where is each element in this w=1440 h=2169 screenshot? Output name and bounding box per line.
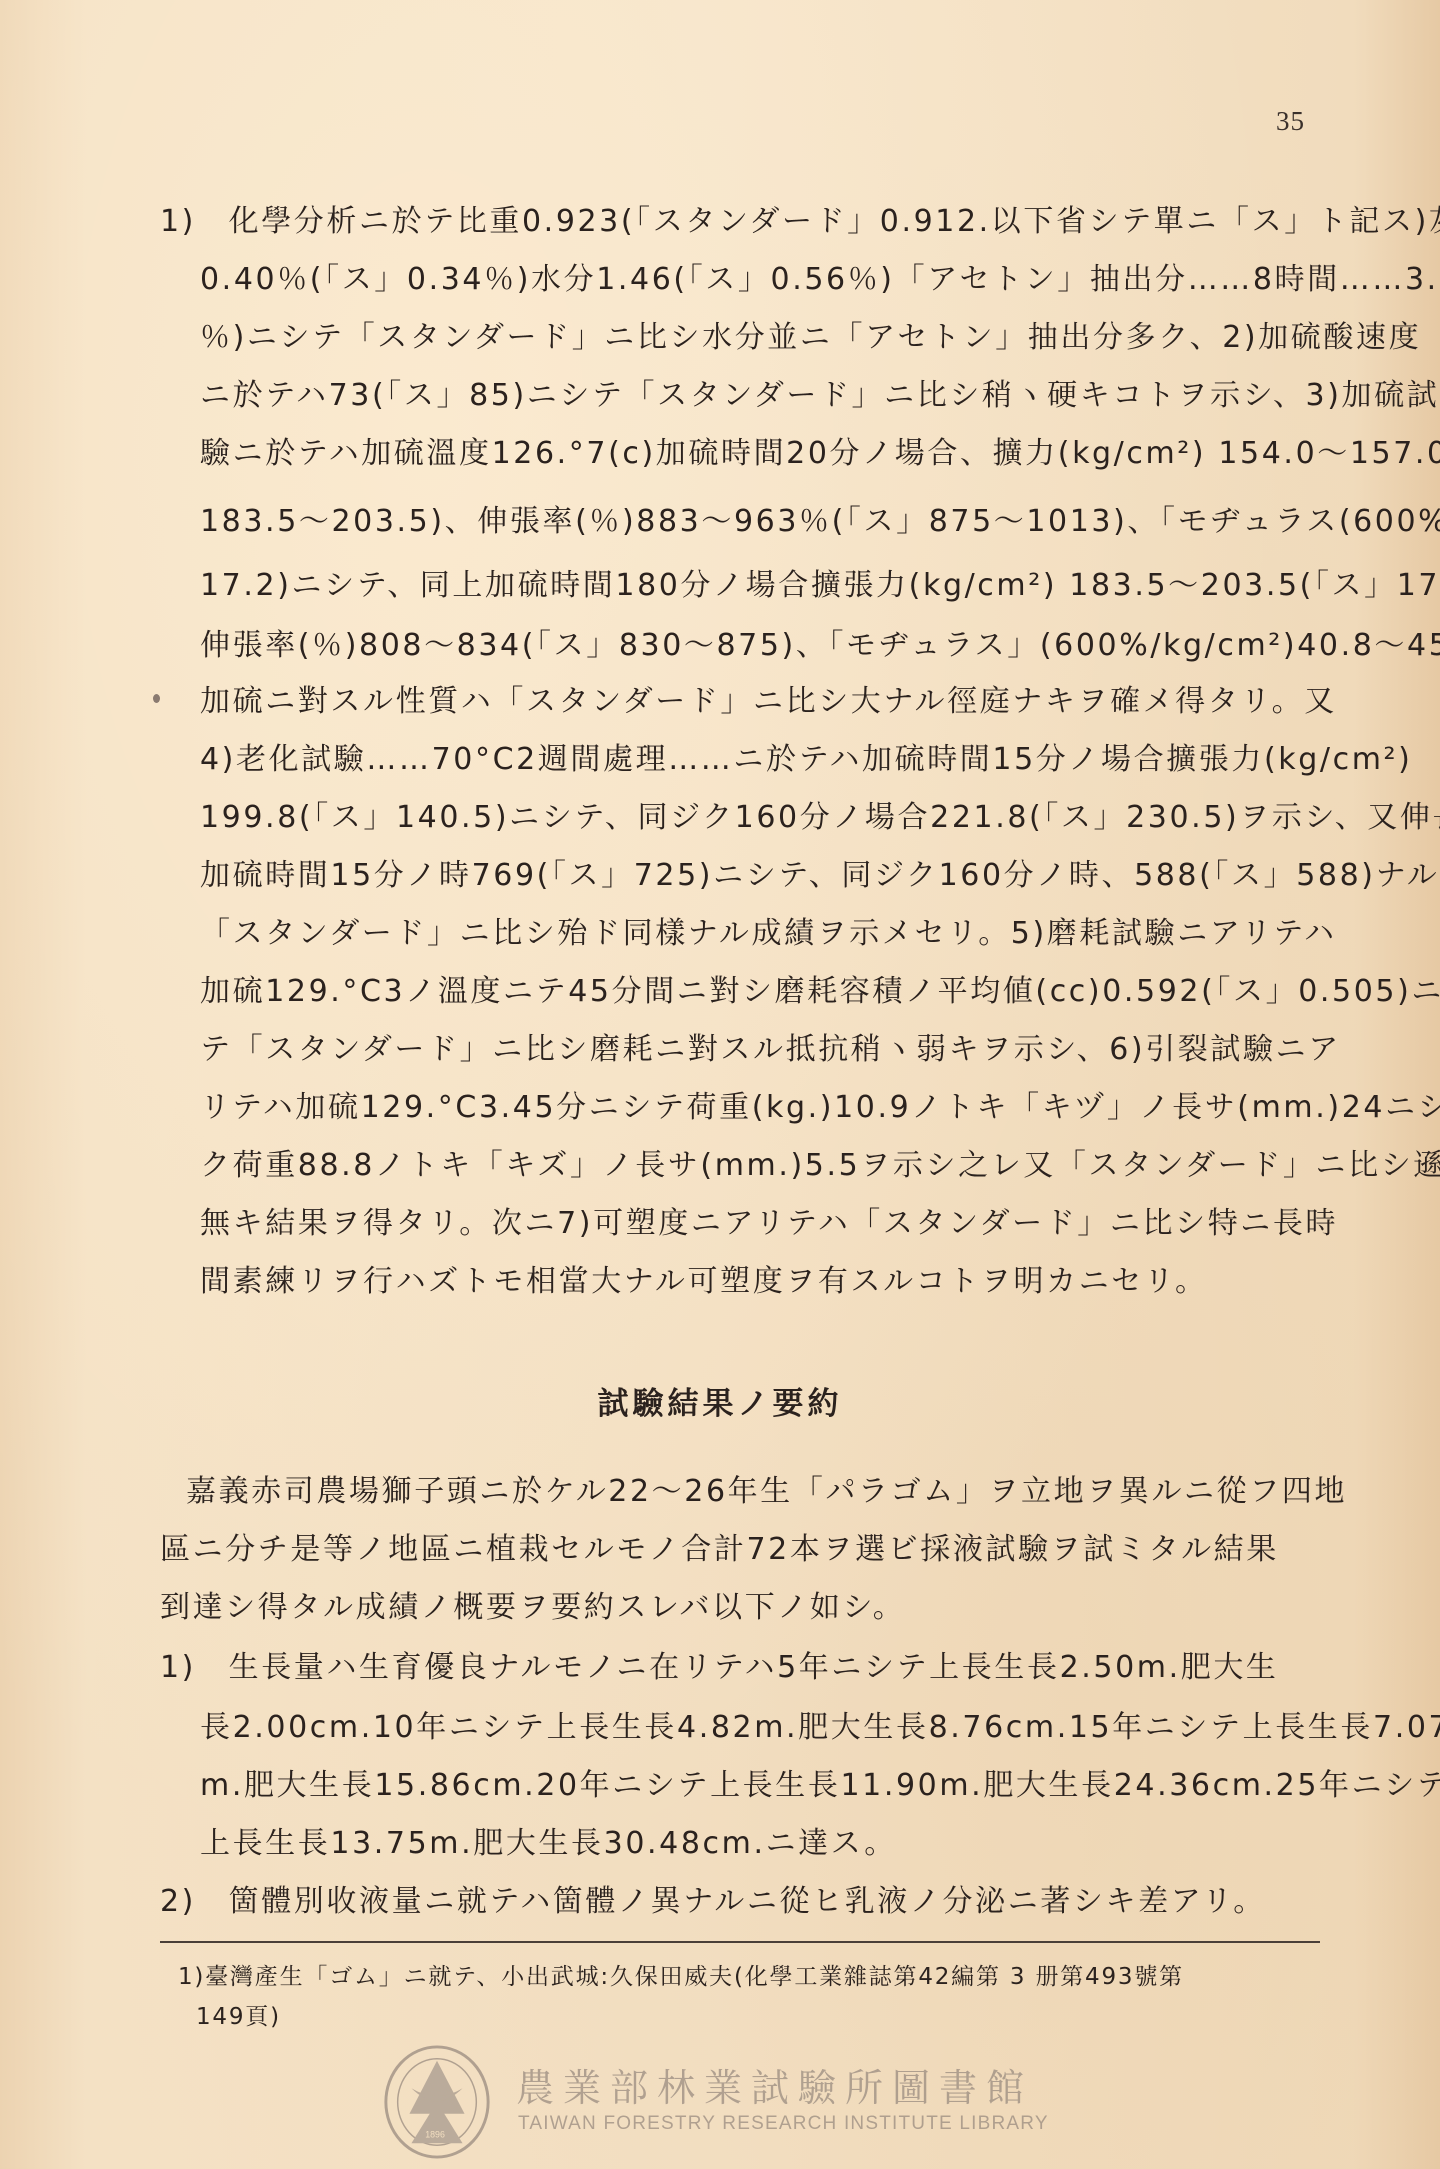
body-line: リテハ加硫129.°C3.45分ニシテ荷重(kg.)10.9ノトキ「キヅ」ノ長サ… (200, 1090, 1440, 1126)
footnote-divider (160, 1941, 1320, 1943)
body-line: 4)老化試驗……70°C2週間處理……ニ於テハ加硫時間15分ノ場合擴張力(kg/… (200, 742, 1412, 778)
body-line: 區ニ分チ是等ノ地區ニ植栽セルモノ合計72本ヲ選ビ採液試驗ヲ試ミタル結果 (160, 1532, 1279, 1568)
library-watermark: 1896 農業部林業試驗所圖書館 TAIWAN FORESTRY RESEARC… (378, 2043, 1098, 2163)
body-line: 驗ニ於テハ加硫溫度126.°7(c)加硫時間20分ノ場合、擴力(kg/cm²) … (200, 436, 1440, 472)
body-line: 1) 化學分析ニ於テ比重0.923(「スタンダード」0.912.以下省シテ單ニ「… (160, 204, 1440, 240)
body-line: 加硫時間15分ノ時769(「ス」725)ニシテ、同ジク160分ノ時、588(「ス… (200, 858, 1440, 894)
library-name-chinese: 農業部林業試驗所圖書館 (516, 2057, 1033, 2112)
body-line: ％)ニシテ「スタンダード」ニ比シ水分並ニ「アセトン」抽出分多ク、2)加硫酸速度 (200, 320, 1421, 356)
body-line: 「スタンダード」ニ比シ殆ド同樣ナル成績ヲ示メセリ。5)磨耗試驗ニアリテハ (200, 916, 1337, 952)
section-heading: 試驗結果ノ要約 (0, 1378, 1440, 1423)
body-line: 183.5～203.5)、伸張率(％)883～963％(「ス」875～1013)… (200, 504, 1440, 540)
body-line: m.肥大生長15.86cm.20年ニシテ上長生長11.90m.肥大生長24.36… (200, 1768, 1440, 1804)
body-line: 長2.00cm.10年ニシテ上長生長4.82m.肥大生長8.76cm.15年ニシ… (200, 1710, 1440, 1746)
body-line: テ「スタンダード」ニ比シ磨耗ニ對スル抵抗稍ヽ弱キヲ示シ、6)引裂試驗ニア (200, 1032, 1341, 1068)
body-line: 間素練リヲ行ハズトモ相當大ナル可塑度ヲ有スルコトヲ明カニセリ。 (200, 1264, 1208, 1300)
page-number: 35 (1276, 106, 1305, 137)
footnote-line: 1)臺灣產生「ゴム」ニ就テ、小出武城:久保田威夫(化學工業雜誌第42編第 3 册… (178, 1958, 1184, 1991)
body-line: 199.8(「ス」140.5)ニシテ、同ジク160分ノ場合221.8(「ス」23… (200, 800, 1440, 836)
body-line: 1) 生長量ハ生育優良ナルモノニ在リテハ5年ニシテ上長生長2.50m.肥大生 (160, 1650, 1279, 1686)
body-line: 嘉義赤司農場獅子頭ニ於ケル22～26年生「パラゴム」ヲ立地ヲ異ルニ從フ四地 (186, 1474, 1347, 1510)
body-line: 加硫ニ對スル性質ハ「スタンダード」ニ比シ大ナル徑庭ナキヲ確メ得タリ。又 (200, 684, 1337, 720)
body-line: 伸張率(％)808～834(「ス」830～875)、「モヂュラス」(600%/k… (200, 628, 1440, 664)
footnote-line: 149頁) (196, 1998, 281, 2031)
body-line: 上長生長13.75m.肥大生長30.48cm.ニ達ス。 (200, 1826, 897, 1862)
body-line: ク荷重88.8ノトキ「キズ」ノ長サ(mm.)5.5ヲ示シ之レ又「スタンダード」ニ… (200, 1148, 1440, 1184)
forestry-institute-emblem-icon: 1896 (378, 2043, 496, 2161)
svg-text:1896: 1896 (425, 2129, 445, 2139)
body-line: 17.2)ニシテ、同上加硫時間180分ノ場合擴張力(kg/cm²) 183.5～… (200, 568, 1440, 604)
library-name-english: TAIWAN FORESTRY RESEARCH INSTITUTE LIBRA… (518, 2113, 1049, 2135)
body-line: 無キ結果ヲ得タリ。次ニ7)可塑度ニアリテハ「スタンダード」ニ比シ特ニ長時 (200, 1206, 1338, 1242)
body-line: 0.40％(「ス」0.34％)水分1.46(「ス」0.56％)「アセトン」抽出分… (200, 262, 1440, 298)
body-line: 到達シ得タル成績ノ概要ヲ要約スレバ以下ノ如シ。 (160, 1590, 905, 1626)
body-line: 2) 箇體別收液量ニ就テハ箇體ノ異ナルニ從ヒ乳液ノ分泌ニ著シキ差アリ。 (160, 1884, 1266, 1920)
body-line: ニ於テハ73(「ス」85)ニシテ「スタンダード」ニ比シ稍ヽ硬キコトヲ示シ、3)加… (200, 378, 1439, 414)
margin-mark (153, 694, 160, 703)
body-line: 加硫129.°C3ノ溫度ニテ45分間ニ對シ磨耗容積ノ平均値(cc)0.592(「… (200, 974, 1440, 1010)
document-page: 35 1) 化學分析ニ於テ比重0.923(「スタンダード」0.912.以下省シテ… (0, 0, 1440, 2169)
